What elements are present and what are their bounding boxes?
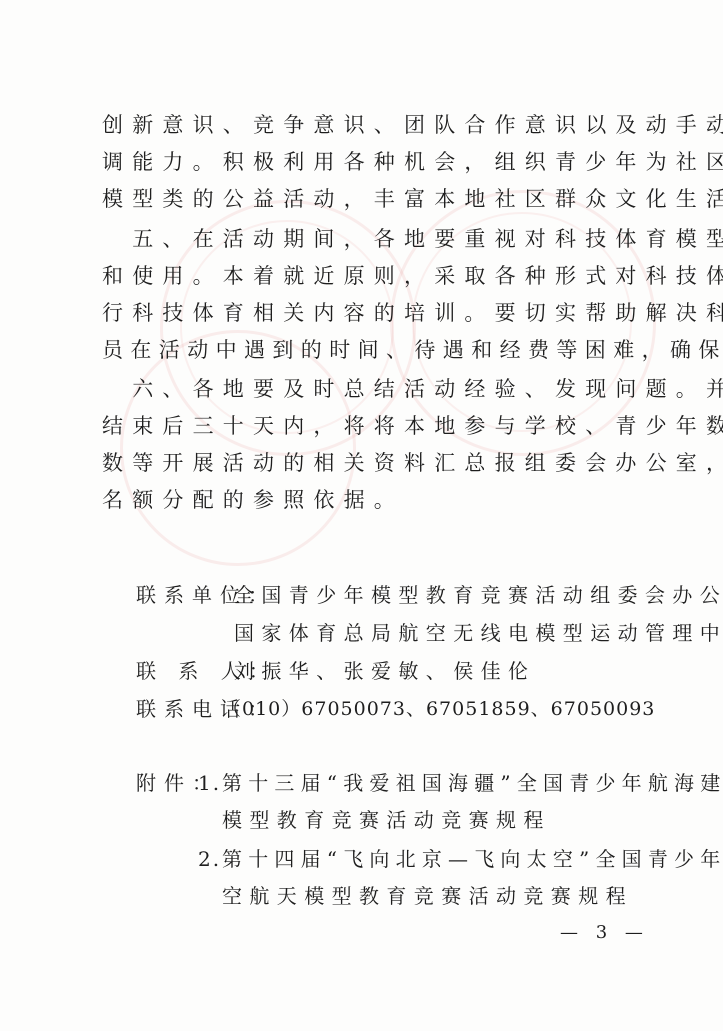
- attachment-1-title-cont: 模型教育竞赛活动竞赛规程: [222, 807, 551, 833]
- contact-unit-1: 全国青少年模型教育竞赛活动组委会办公室: [234, 582, 723, 608]
- seal-stamp-3: [120, 330, 356, 566]
- attachment-2-title-cont: 空航天模型教育竞赛活动竞赛规程: [222, 883, 633, 909]
- body-line: 模型类的公益活动，丰富本地社区群众文化生活。: [102, 186, 662, 212]
- body-line: 调能力。积极利用各种机会，组织青少年为社区及弱势群体举办: [102, 149, 662, 175]
- section-6-line: 名额分配的参照依据。: [102, 487, 662, 513]
- attachment-2-number: 2.: [198, 846, 221, 872]
- attachment-1-number: 1.: [198, 770, 221, 796]
- section-6-line: 数等开展活动的相关资料汇总报组委会办公室，作为全国总决赛: [102, 450, 662, 476]
- page-number: — 3 —: [560, 922, 649, 943]
- section-5-line: 和使用。本着就近原则，采取各种形式对科技体育模型辅导员进: [102, 263, 662, 289]
- attachment-2-title: 第十四届“飞向北京—飞向太空”全国青少年航: [222, 846, 723, 872]
- contact-phones: （010）67050073、67051859、67050093: [222, 696, 655, 722]
- section-6-line: 六、各地要及时总结活动经验、发现问题。并于当地选拔赛: [102, 376, 662, 402]
- body-line: 创新意识、竞争意识、团队合作意识以及动手动脑能力、组织协: [102, 112, 662, 138]
- section-5-line: 行科技体育相关内容的培训。要切实帮助解决科技体育模型辅导: [102, 300, 662, 326]
- section-5-line: 五、在活动期间，各地要重视对科技体育模型辅导员的培训: [102, 226, 662, 252]
- attachment-1-title: 第十三届“我爱祖国海疆”全国青少年航海建筑: [222, 770, 723, 796]
- contact-persons: 刘振华、张爱敏、侯佳伦: [234, 658, 535, 684]
- section-5-line: 员在活动中遇到的时间、待遇和经费等困难，确保活动的顺利进行。: [102, 337, 662, 363]
- contact-unit-2: 国家体育总局航空无线电模型运动管理中心: [234, 620, 723, 646]
- section-6-line: 结束后三十天内，将将本地参与学校、青少年数量、组织活动次: [102, 413, 662, 439]
